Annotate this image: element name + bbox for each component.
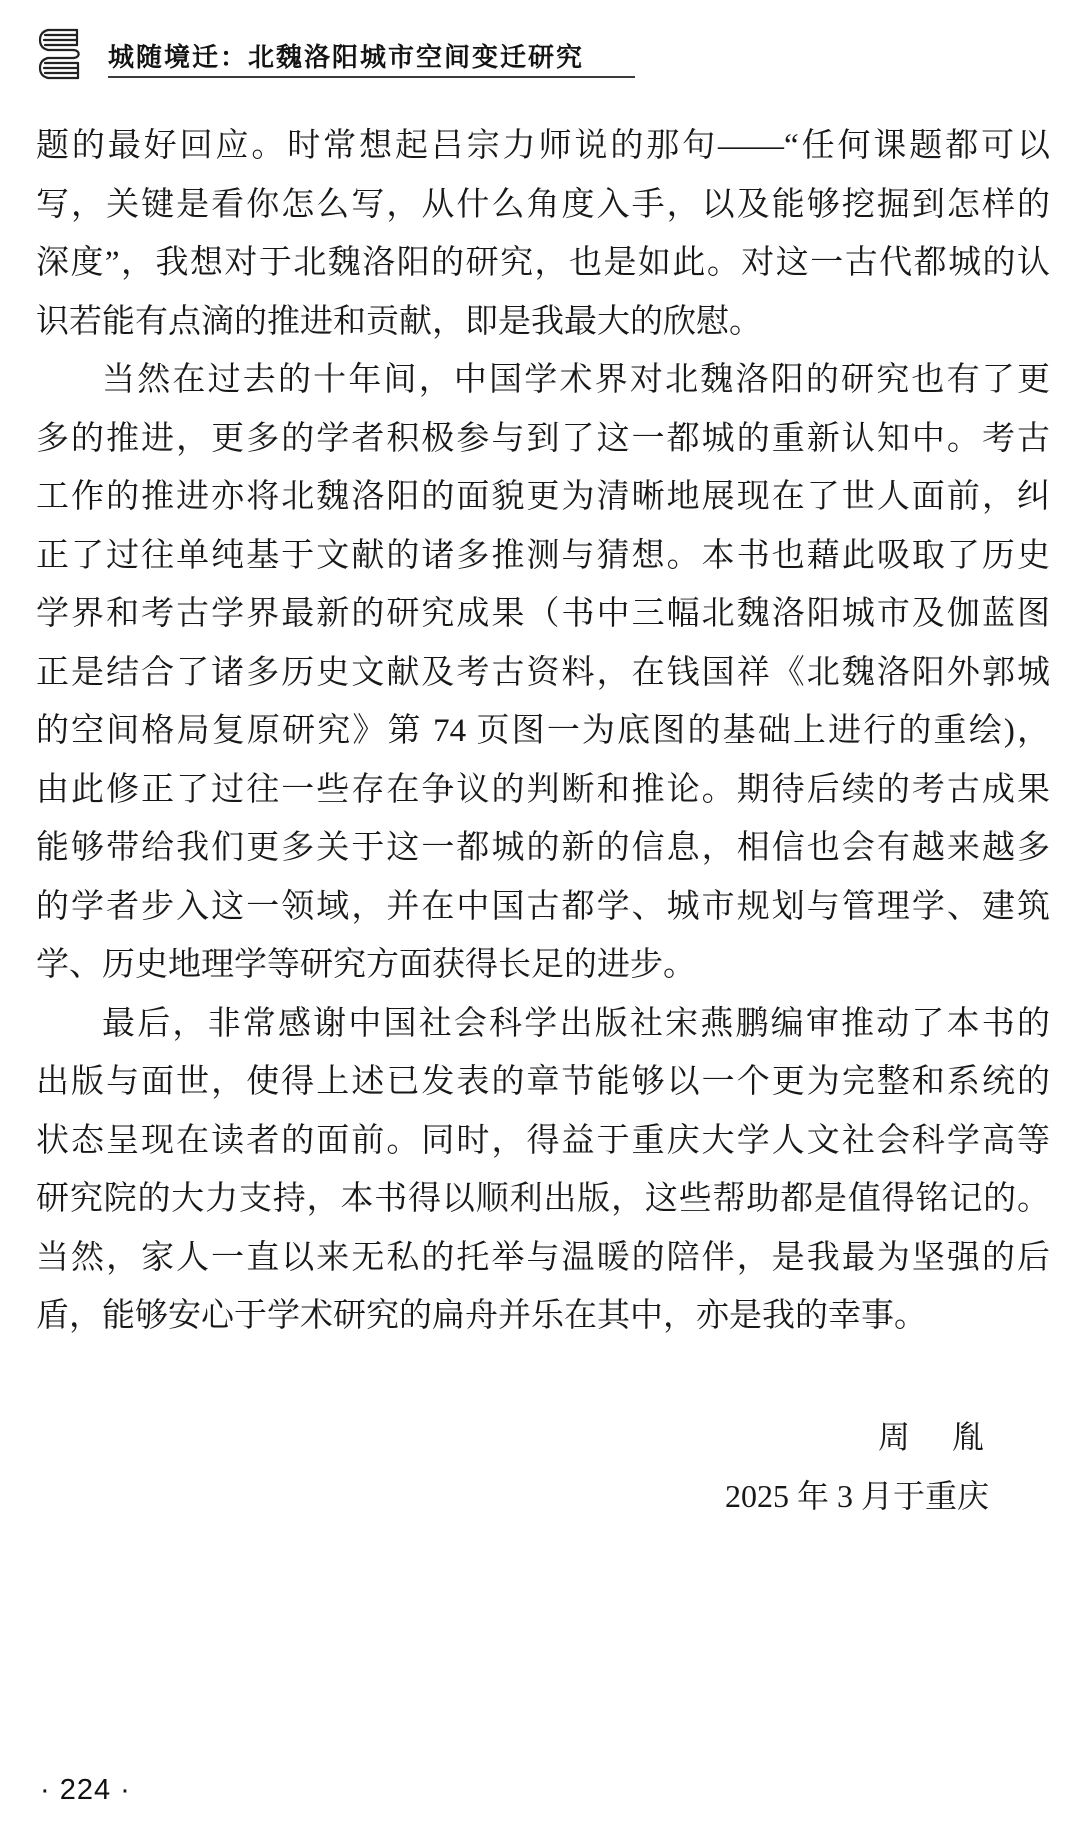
running-title: 城随境迁：北魏洛阳城市空间变迁研究	[108, 37, 584, 74]
text-line: 出版与面世，使得上述已发表的章节能够以一个更为完整和系统的	[36, 1053, 1050, 1112]
text-line: 的学者步入这一领域，并在中国古都学、城市规划与管理学、建筑	[36, 878, 1050, 937]
text-line: 题的最好回应。时常想起吕宗力师说的那句——“任何课题都可以	[36, 117, 1050, 176]
signature-block: 周 胤 2025 年 3 月于重庆	[725, 1408, 989, 1525]
signature-dateline: 2025 年 3 月于重庆	[725, 1467, 989, 1526]
text-line: 由此修正了过往一些存在争议的判断和推论。期待后续的考古成果	[36, 761, 1050, 820]
text-line: 工作的推进亦将北魏洛阳的面貌更为清晰地展现在了世人面前，纠	[36, 468, 1050, 527]
text-line: 当然在过去的十年间，中国学术界对北魏洛阳的研究也有了更	[36, 351, 1050, 410]
text-line: 正是结合了诸多历史文献及考古资料，在钱国祥《北魏洛阳外郭城	[36, 644, 1050, 703]
text-line: 状态呈现在读者的面前。同时，得益于重庆大学人文社会科学高等	[36, 1112, 1050, 1171]
text-line: 研究院的大力支持，本书得以顺利出版，这些帮助都是值得铭记的。	[36, 1170, 1050, 1229]
text-line: 当然，家人一直以来无私的托举与温暖的陪伴，是我最为坚强的后	[36, 1229, 1050, 1288]
book-page: 城随境迁：北魏洛阳城市空间变迁研究 题的最好回应。时常想起吕宗力师说的那句——“…	[0, 0, 1080, 1837]
text-line: 学、历史地理学等研究方面获得长足的进步。	[36, 936, 1050, 995]
author-signature: 周 胤	[725, 1408, 989, 1467]
stacked-books-icon	[33, 26, 83, 82]
body-text: 题的最好回应。时常想起吕宗力师说的那句——“任何课题都可以 写，关键是看你怎么写…	[36, 117, 1050, 1346]
header-rule	[108, 76, 635, 78]
text-line: 能够带给我们更多关于这一都城的新的信息，相信也会有越来越多	[36, 819, 1050, 878]
text-line: 识若能有点滴的推进和贡献，即是我最大的欣慰。	[36, 293, 1050, 352]
text-line: 深度”，我想对于北魏洛阳的研究，也是如此。对这一古代都城的认	[36, 234, 1050, 293]
text-line: 盾，能够安心于学术研究的扁舟并乐在其中，亦是我的幸事。	[36, 1287, 1050, 1346]
text-line: 正了过往单纯基于文献的诸多推测与猜想。本书也藉此吸取了历史	[36, 527, 1050, 586]
text-line: 多的推进，更多的学者积极参与到了这一都城的重新认知中。考古	[36, 410, 1050, 469]
text-line: 学界和考古学界最新的研究成果（书中三幅北魏洛阳城市及伽蓝图	[36, 585, 1050, 644]
page-number: · 224 ·	[40, 1774, 131, 1807]
text-line: 最后，非常感谢中国社会科学出版社宋燕鹏编审推动了本书的	[36, 995, 1050, 1054]
text-line: 的空间格局复原研究》第 74 页图一为底图的基础上进行的重绘)，	[36, 702, 1050, 761]
text-line: 写，关键是看你怎么写，从什么角度入手，以及能够挖掘到怎样的	[36, 176, 1050, 235]
